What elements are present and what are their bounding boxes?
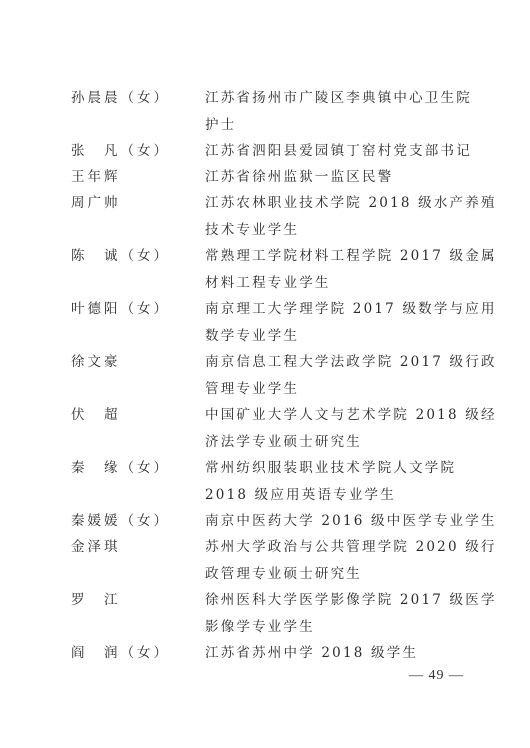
- person-name: 叶德阳（女）: [71, 300, 170, 318]
- person-description: 常州纺织服装职业技术学院人文学院2018 级应用英语专业学生: [205, 455, 465, 508]
- description-line: 政管理专业硕士研究生: [205, 561, 465, 588]
- page-number: — 49 —: [409, 668, 464, 684]
- description-line: 济法学专业硕士研究生: [205, 429, 465, 456]
- description-line: 材料工程专业学生: [205, 270, 465, 297]
- person-name: 张 凡（女）: [71, 142, 170, 160]
- description-line: 南京理工大学理学院 2017 级数学与应用: [205, 296, 465, 323]
- person-name: 孙晨晨（女）: [71, 89, 170, 107]
- description-line: 江苏省苏州中学 2018 级学生: [205, 640, 465, 667]
- description-line: 徐州医科大学医学影像学院 2017 级医学: [205, 587, 465, 614]
- description-line: 管理专业学生: [205, 376, 465, 403]
- description-line: 2018 级应用英语专业学生: [205, 482, 465, 509]
- person-description: 江苏省扬州市广陵区李典镇中心卫生院护士: [205, 85, 465, 138]
- person-name: 伏 超: [71, 406, 121, 424]
- person-description: 南京理工大学理学院 2017 级数学与应用数学专业学生: [205, 296, 465, 349]
- person-name: 金泽琪: [71, 538, 121, 556]
- person-name: 王年辉: [71, 168, 121, 186]
- person-name: 陈 诚（女）: [71, 247, 170, 265]
- description-line: 护士: [205, 112, 465, 139]
- person-description: 江苏省徐州监狱一监区民警: [205, 164, 465, 191]
- person-description: 江苏省泗阳县爱园镇丁窑村党支部书记: [205, 138, 465, 165]
- description-line: 南京中医药大学 2016 级中医学专业学生: [205, 508, 465, 535]
- person-description: 南京中医药大学 2016 级中医学专业学生: [205, 508, 465, 535]
- person-description: 苏州大学政治与公共管理学院 2020 级行政管理专业硕士研究生: [205, 534, 465, 587]
- person-description: 常熟理工学院材料工程学院 2017 级金属材料工程专业学生: [205, 243, 465, 296]
- description-line: 苏州大学政治与公共管理学院 2020 级行: [205, 534, 465, 561]
- description-line: 南京信息工程大学法政学院 2017 级行政: [205, 349, 465, 376]
- document-page: 孙晨晨（女）江苏省扬州市广陵区李典镇中心卫生院护士张 凡（女）江苏省泗阳县爱园镇…: [0, 0, 530, 748]
- person-name: 秦 缘（女）: [71, 459, 170, 477]
- person-description: 徐州医科大学医学影像学院 2017 级医学影像学专业学生: [205, 587, 465, 640]
- description-line: 数学专业学生: [205, 323, 465, 350]
- person-description: 江苏省苏州中学 2018 级学生: [205, 640, 465, 667]
- description-line: 技术专业学生: [205, 217, 465, 244]
- description-line: 江苏省泗阳县爱园镇丁窑村党支部书记: [205, 138, 465, 165]
- description-line: 江苏农林职业技术学院 2018 级水产养殖: [205, 190, 465, 217]
- person-name: 罗 江: [71, 591, 121, 609]
- person-description: 江苏农林职业技术学院 2018 级水产养殖技术专业学生: [205, 190, 465, 243]
- person-name: 周广帅: [71, 194, 121, 212]
- description-line: 江苏省扬州市广陵区李典镇中心卫生院: [205, 85, 465, 112]
- person-name: 阎 润（女）: [71, 644, 170, 662]
- description-line: 中国矿业大学人文与艺术学院 2018 级经: [205, 402, 465, 429]
- person-name: 秦媛媛（女）: [71, 512, 170, 530]
- person-description: 中国矿业大学人文与艺术学院 2018 级经济法学专业硕士研究生: [205, 402, 465, 455]
- description-line: 江苏省徐州监狱一监区民警: [205, 164, 465, 191]
- description-line: 影像学专业学生: [205, 614, 465, 641]
- person-description: 南京信息工程大学法政学院 2017 级行政管理专业学生: [205, 349, 465, 402]
- description-line: 常州纺织服装职业技术学院人文学院: [205, 455, 465, 482]
- description-line: 常熟理工学院材料工程学院 2017 级金属: [205, 243, 465, 270]
- person-name: 徐文豪: [71, 353, 121, 371]
